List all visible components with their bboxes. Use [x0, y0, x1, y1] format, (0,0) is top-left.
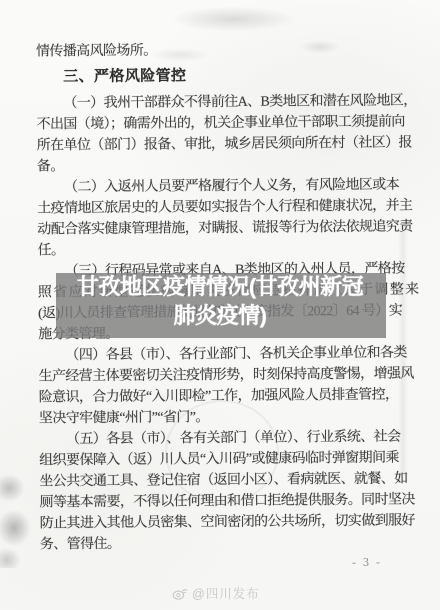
- document-photo: 情传播高风险场所。三、严格风险管控（一）我州干部群众不得前往A、B类地区和潜在风…: [0, 0, 440, 610]
- banner-title-line1: 甘孜地区疫情情况(甘孜州新冠: [8, 272, 432, 301]
- doc-line: 坐公共交通工具、登记住宿（返回小区）、看病就医、就餐、如: [39, 468, 425, 492]
- doc-line: 务、管得住。: [40, 531, 426, 555]
- doc-line: 备。: [37, 153, 423, 177]
- weibo-logo-icon: [172, 587, 188, 600]
- doc-line: 险意识，合力做好“入川即检”工作，加强风险人员排查管控，: [39, 384, 425, 408]
- doc-line: 不出国（境）；确需外出的，机关企事业单位干部职工须提前向: [36, 111, 422, 135]
- doc-line: 情传播高风险场所。: [36, 38, 422, 62]
- doc-line: 组织要保障入（返）川人员“入川码”或健康码临时弹窗期间乘: [39, 447, 425, 471]
- doc-line: 生产经营主体要密切关注疫情形势，时刻保持高度警惕，增强风: [38, 363, 424, 387]
- page-number: - 3 -: [352, 555, 382, 570]
- watermark-label: @四川发布: [192, 584, 260, 602]
- watermark: @四川发布: [172, 584, 260, 602]
- doc-line: （一）我州干部群众不得前往A、B类地区和潜在风险地区，: [36, 90, 422, 114]
- banner-title: 甘孜地区疫情情况(甘孜州新冠 肺炎疫情): [8, 272, 432, 330]
- section-heading: 三、严格风险管控: [36, 64, 422, 88]
- doc-line: （四）各县（市）、各行业部门、各机关企事业单位和各类: [38, 342, 424, 366]
- doc-line: 厕等基本需要，不得以任何理由和借口拒绝提供服务。同时坚决: [39, 489, 425, 513]
- doc-line: 坚决守牢健康“州门”“省门”。: [39, 405, 425, 429]
- doc-line: 所在单位（部门）报备、审批，城乡居民须向所在村（社区）报: [37, 132, 423, 156]
- doc-line: 土疫情地区旅居史的人员要如实报告个人行程和健康状况，并主: [37, 195, 423, 219]
- banner-title-line2: 肺炎疫情): [8, 301, 432, 330]
- doc-line: （二）入返州人员要严格履行个人义务，有风险地区或本: [37, 174, 423, 198]
- doc-line: （五）各县（市）、各有关部门（单位）、行业系统、社会: [39, 426, 425, 450]
- article-image: { "banner": { "line1": "甘孜地区疫情情况(甘孜州新冠",…: [0, 0, 440, 610]
- doc-line: 防止其进入其他人员密集、空间密闭的公共场所，切实做到服好: [40, 510, 426, 534]
- doc-line: 任。: [37, 237, 423, 261]
- doc-line: 动配合落实健康管理措施，对瞒报、谎报等行为依法依规追究责: [37, 216, 423, 240]
